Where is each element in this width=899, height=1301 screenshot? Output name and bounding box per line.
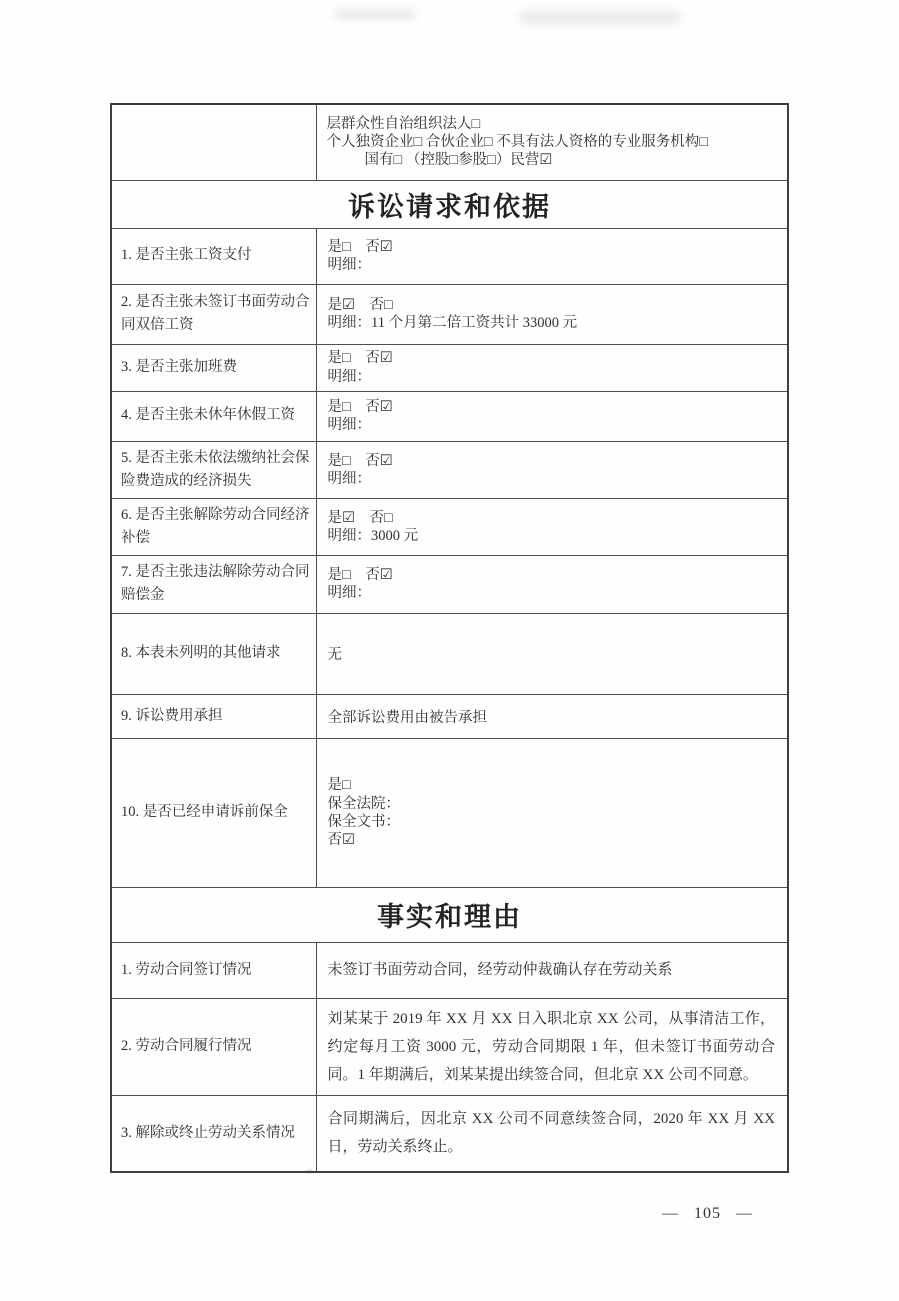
claim-answer-cell: 全部诉讼费用由被告承担 <box>316 694 788 738</box>
detail-line: 明细：3000 元 <box>328 527 780 545</box>
claim-label: 1. 是否主张工资支付 <box>111 228 316 284</box>
scan-bleedthrough-artifact <box>335 10 415 19</box>
org-type-option-line: 国有□ （控股□参股□）民营☑ <box>327 151 780 169</box>
claim-row-8: 8. 本表未列明的其他请求 无 <box>111 613 788 694</box>
yes-checkbox-line: 是□ <box>328 776 780 794</box>
claim-answer-cell: 无 <box>316 613 788 694</box>
claim-answer-cell: 是□ 保全法院： 保全文书： 否☑ <box>316 738 788 887</box>
yes-no-checkbox-line: 是□ 否☑ <box>328 349 780 367</box>
claim-label: 7. 是否主张违法解除劳动合同赔偿金 <box>111 556 316 613</box>
detail-line: 明细： <box>328 256 780 274</box>
detail-line: 明细： <box>328 584 780 602</box>
claim-answer-cell: 是□ 否☑ 明细： <box>316 344 788 391</box>
yes-no-checkbox-line: 是☑ 否□ <box>328 509 780 527</box>
fact-label: 1. 劳动合同签订情况 <box>111 942 316 998</box>
detail-line: 明细： <box>328 416 780 434</box>
claim-label: 3. 是否主张加班费 <box>111 344 316 391</box>
claim-answer-cell: 是☑ 否□ 明细：11 个月第二倍工资共计 33000 元 <box>316 284 788 344</box>
preservation-court-line: 保全法院： <box>328 795 780 813</box>
claim-label: 9. 诉讼费用承担 <box>111 694 316 738</box>
scan-bleedthrough-artifact <box>520 12 680 23</box>
fact-row-3: 3. 解除或终止劳动关系情况 合同期满后，因北京 XX 公司不同意续签合同，20… <box>111 1095 788 1172</box>
page-number: — 105 — <box>662 1205 753 1223</box>
claim-answer-cell: 是□ 否☑ 明细： <box>316 556 788 613</box>
facts-section-title: 事实和理由 <box>111 887 788 942</box>
org-type-options-cell: 层群众性自治组织法人□ 个人独资企业□ 合伙企业□ 不具有法人资格的专业服务机构… <box>316 104 788 180</box>
claim-answer-cell: 是□ 否☑ 明细： <box>316 391 788 441</box>
claim-answer-cell: 是☑ 否□ 明细：3000 元 <box>316 498 788 555</box>
labor-litigation-form-table: 层群众性自治组织法人□ 个人独资企业□ 合伙企业□ 不具有法人资格的专业服务机构… <box>110 103 789 1173</box>
claim-row-1: 1. 是否主张工资支付 是□ 否☑ 明细： <box>111 228 788 284</box>
fact-content: 合同期满后，因北京 XX 公司不同意续签合同，2020 年 XX 月 XX 日，… <box>316 1095 788 1172</box>
org-type-empty-label-cell <box>111 104 316 180</box>
facts-section-header-row: 事实和理由 <box>111 887 788 942</box>
yes-no-checkbox-line: 是□ 否☑ <box>328 398 780 416</box>
claim-row-4: 4. 是否主张未休年休假工资 是□ 否☑ 明细： <box>111 391 788 441</box>
preservation-document-line: 保全文书： <box>328 813 780 831</box>
claims-section-header-row: 诉讼请求和依据 <box>111 180 788 228</box>
org-type-row: 层群众性自治组织法人□ 个人独资企业□ 合伙企业□ 不具有法人资格的专业服务机构… <box>111 104 788 180</box>
claim-label: 6. 是否主张解除劳动合同经济补偿 <box>111 498 316 555</box>
yes-no-checkbox-line: 是□ 否☑ <box>328 238 780 256</box>
yes-no-checkbox-line: 是☑ 否□ <box>328 296 780 314</box>
yes-no-checkbox-line: 是□ 否☑ <box>328 566 780 584</box>
claim-row-10: 10. 是否已经申请诉前保全 是□ 保全法院： 保全文书： 否☑ <box>111 738 788 887</box>
claim-label: 8. 本表未列明的其他请求 <box>111 613 316 694</box>
fact-content: 刘某某于 2019 年 XX 月 XX 日入职北京 XX 公司，从事清洁工作，约… <box>316 998 788 1095</box>
detail-line: 明细：11 个月第二倍工资共计 33000 元 <box>328 314 780 332</box>
claim-label: 5. 是否主张未依法缴纳社会保险费造成的经济损失 <box>111 441 316 498</box>
claim-row-7: 7. 是否主张违法解除劳动合同赔偿金 是□ 否☑ 明细： <box>111 556 788 613</box>
claim-answer-cell: 是□ 否☑ 明细： <box>316 441 788 498</box>
claim-row-6: 6. 是否主张解除劳动合同经济补偿 是☑ 否□ 明细：3000 元 <box>111 498 788 555</box>
claim-row-5: 5. 是否主张未依法缴纳社会保险费造成的经济损失 是□ 否☑ 明细： <box>111 441 788 498</box>
org-type-option-line: 个人独资企业□ 合伙企业□ 不具有法人资格的专业服务机构□ <box>327 133 780 151</box>
fact-label: 2. 劳动合同履行情况 <box>111 998 316 1095</box>
scanned-document-page: 层群众性自治组织法人□ 个人独资企业□ 合伙企业□ 不具有法人资格的专业服务机构… <box>0 0 899 1301</box>
detail-line: 明细： <box>328 368 780 386</box>
no-checkbox-line: 否☑ <box>328 831 780 849</box>
org-type-option-line: 层群众性自治组织法人□ <box>327 115 780 133</box>
claim-row-3: 3. 是否主张加班费 是□ 否☑ 明细： <box>111 344 788 391</box>
detail-line: 明细： <box>328 470 780 488</box>
claims-section-title: 诉讼请求和依据 <box>111 180 788 228</box>
claim-label: 4. 是否主张未休年休假工资 <box>111 391 316 441</box>
claim-answer-cell: 是□ 否☑ 明细： <box>316 228 788 284</box>
fact-row-2: 2. 劳动合同履行情况 刘某某于 2019 年 XX 月 XX 日入职北京 XX… <box>111 998 788 1095</box>
yes-no-checkbox-line: 是□ 否☑ <box>328 452 780 470</box>
claim-label: 2. 是否主张未签订书面劳动合同双倍工资 <box>111 284 316 344</box>
fact-label: 3. 解除或终止劳动关系情况 <box>111 1095 316 1172</box>
fact-content: 未签订书面劳动合同，经劳动仲裁确认存在劳动关系 <box>316 942 788 998</box>
claim-row-2: 2. 是否主张未签订书面劳动合同双倍工资 是☑ 否□ 明细：11 个月第二倍工资… <box>111 284 788 344</box>
claim-label: 10. 是否已经申请诉前保全 <box>111 738 316 887</box>
claim-row-9: 9. 诉讼费用承担 全部诉讼费用由被告承担 <box>111 694 788 738</box>
fact-row-1: 1. 劳动合同签订情况 未签订书面劳动合同，经劳动仲裁确认存在劳动关系 <box>111 942 788 998</box>
